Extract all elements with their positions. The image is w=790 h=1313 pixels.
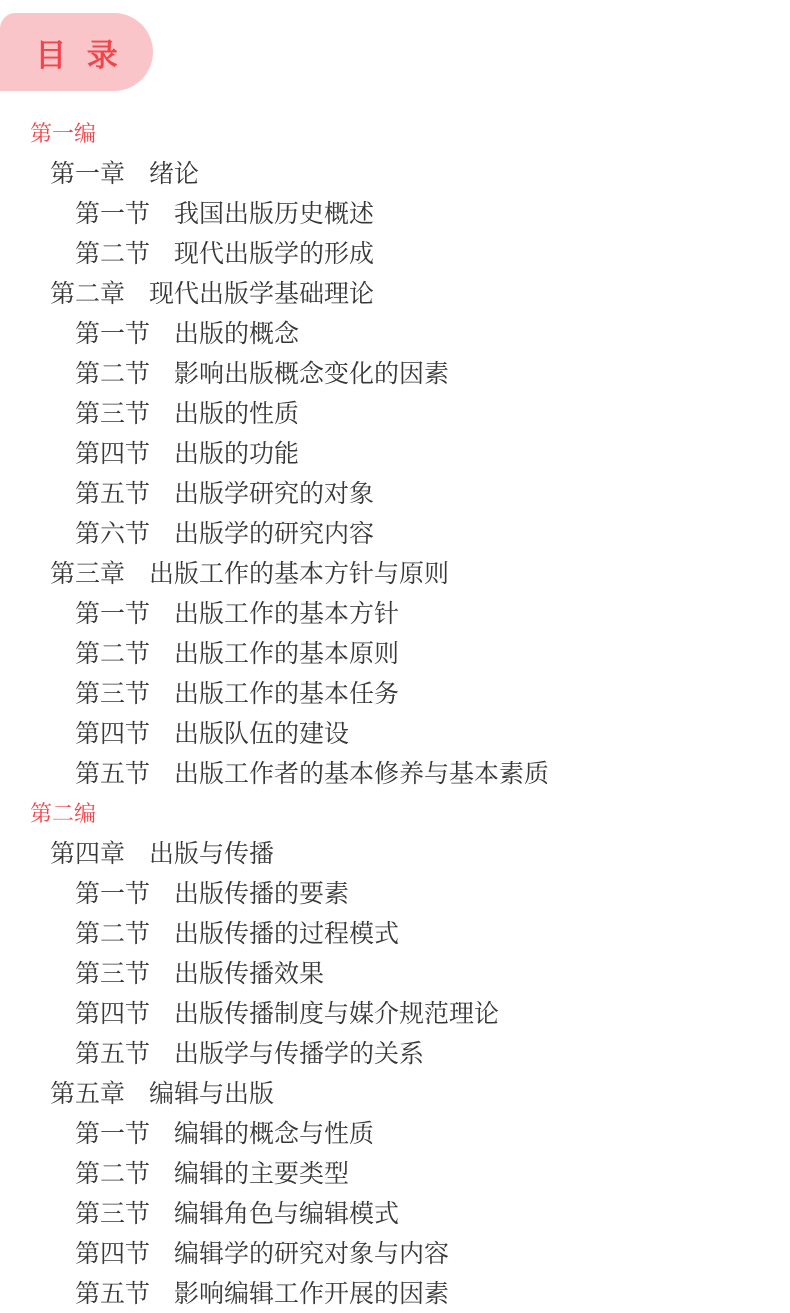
toc-title-badge: 目 录 <box>0 13 153 91</box>
toc-item-title: 影响出版概念变化的因素 <box>174 354 449 390</box>
toc-item-section[interactable]: 第三节 出版的性质 <box>0 392 790 432</box>
toc-item-section[interactable]: 第五节 出版工作者的基本修养与基本素质 <box>0 752 790 792</box>
toc-item-section[interactable]: 第五节 出版学研究的对象 <box>0 472 790 512</box>
toc-item-section[interactable]: 第六节 出版学的研究内容 <box>0 512 790 552</box>
toc-item-title: 出版学研究的对象 <box>174 474 374 510</box>
toc-item-title: 出版传播效果 <box>174 954 324 990</box>
toc-item-section[interactable]: 第三节 出版工作的基本任务 <box>0 672 790 712</box>
toc-item-number: 第四节 <box>75 434 150 470</box>
toc-item-title: 现代出版学的形成 <box>174 234 374 270</box>
toc-item-section[interactable]: 第四节 出版传播制度与媒介规范理论 <box>0 992 790 1032</box>
toc-item-title: 出版的性质 <box>174 394 299 430</box>
toc-item-number: 第二节 <box>75 914 150 950</box>
toc-item-title: 影响编辑工作开展的因素 <box>174 1274 449 1310</box>
toc-item-number: 第一章 <box>50 154 125 190</box>
toc-item-number: 第一节 <box>75 874 150 910</box>
toc-item-section[interactable]: 第二节 编辑的主要类型 <box>0 1152 790 1192</box>
toc-item-number: 第六节 <box>75 514 150 550</box>
toc-item-section[interactable]: 第五节 影响编辑工作开展的因素 <box>0 1272 790 1312</box>
toc-item-section[interactable]: 第二节 出版工作的基本原则 <box>0 632 790 672</box>
toc-item-number: 第五节 <box>75 1034 150 1070</box>
toc-item-number: 第二编 <box>30 797 96 828</box>
toc-item-section[interactable]: 第二节 影响出版概念变化的因素 <box>0 352 790 392</box>
toc-item-number: 第二章 <box>50 274 125 310</box>
toc-item-title: 出版工作的基本方针与原则 <box>149 554 449 590</box>
toc-item-title: 出版的功能 <box>174 434 299 470</box>
page-title: 目 录 <box>29 30 124 75</box>
toc-item-title: 现代出版学基础理论 <box>149 274 374 310</box>
toc-item-section[interactable]: 第四节 编辑学的研究对象与内容 <box>0 1232 790 1272</box>
toc-item-title: 出版的概念 <box>174 314 299 350</box>
toc-item-number: 第二节 <box>75 634 150 670</box>
toc-item-section[interactable]: 第一节 我国出版历史概述 <box>0 192 790 232</box>
toc-item-section[interactable]: 第四节 出版队伍的建设 <box>0 712 790 752</box>
toc-item-title: 出版工作的基本原则 <box>174 634 399 670</box>
toc-list: 第一编 第一章 绪论 第一节 我国出版历史概述 第二节 现代出版学的形成 第二章… <box>0 112 790 1312</box>
toc-item-part[interactable]: 第二编 <box>0 792 790 832</box>
toc-item-number: 第三节 <box>75 1194 150 1230</box>
toc-item-title: 出版工作者的基本修养与基本素质 <box>174 754 549 790</box>
toc-item-section[interactable]: 第一节 出版传播的要素 <box>0 872 790 912</box>
toc-item-number: 第四节 <box>75 994 150 1030</box>
toc-item-section[interactable]: 第五节 出版学与传播学的关系 <box>0 1032 790 1072</box>
toc-item-number: 第五章 <box>50 1074 125 1110</box>
toc-item-title: 编辑的概念与性质 <box>174 1114 374 1150</box>
toc-item-number: 第一节 <box>75 594 150 630</box>
toc-item-number: 第二节 <box>75 354 150 390</box>
toc-item-title: 绪论 <box>149 154 199 190</box>
toc-item-section[interactable]: 第二节 现代出版学的形成 <box>0 232 790 272</box>
toc-item-title: 编辑的主要类型 <box>174 1154 349 1190</box>
toc-item-title: 编辑与出版 <box>149 1074 274 1110</box>
toc-item-title: 出版工作的基本任务 <box>174 674 399 710</box>
toc-item-section[interactable]: 第二节 出版传播的过程模式 <box>0 912 790 952</box>
toc-item-title: 出版与传播 <box>149 834 274 870</box>
toc-item-title: 编辑学的研究对象与内容 <box>174 1234 449 1270</box>
toc-item-number: 第一编 <box>30 117 96 148</box>
toc-item-section[interactable]: 第四节 出版的功能 <box>0 432 790 472</box>
toc-item-title: 出版传播的过程模式 <box>174 914 399 950</box>
toc-item-section[interactable]: 第一节 编辑的概念与性质 <box>0 1112 790 1152</box>
toc-item-number: 第五节 <box>75 474 150 510</box>
toc-item-number: 第四节 <box>75 714 150 750</box>
toc-item-chapter[interactable]: 第五章 编辑与出版 <box>0 1072 790 1112</box>
toc-item-number: 第二节 <box>75 234 150 270</box>
toc-item-number: 第四章 <box>50 834 125 870</box>
toc-item-title: 编辑角色与编辑模式 <box>174 1194 399 1230</box>
toc-item-title: 出版传播的要素 <box>174 874 349 910</box>
toc-item-chapter[interactable]: 第四章 出版与传播 <box>0 832 790 872</box>
toc-item-number: 第三节 <box>75 954 150 990</box>
toc-item-number: 第一节 <box>75 194 150 230</box>
toc-item-section[interactable]: 第三节 出版传播效果 <box>0 952 790 992</box>
toc-item-number: 第三章 <box>50 554 125 590</box>
toc-item-number: 第二节 <box>75 1154 150 1190</box>
toc-item-title: 出版传播制度与媒介规范理论 <box>174 994 499 1030</box>
toc-item-chapter[interactable]: 第三章 出版工作的基本方针与原则 <box>0 552 790 592</box>
toc-item-chapter[interactable]: 第一章 绪论 <box>0 152 790 192</box>
toc-item-section[interactable]: 第一节 出版工作的基本方针 <box>0 592 790 632</box>
toc-item-number: 第一节 <box>75 1114 150 1150</box>
toc-item-section[interactable]: 第三节 编辑角色与编辑模式 <box>0 1192 790 1232</box>
toc-page: 目 录 第一编 第一章 绪论 第一节 我国出版历史概述 第二节 现代出版学的形成… <box>0 0 790 1313</box>
toc-item-number: 第三节 <box>75 394 150 430</box>
toc-item-title: 我国出版历史概述 <box>174 194 374 230</box>
toc-item-title: 出版学的研究内容 <box>174 514 374 550</box>
toc-item-number: 第五节 <box>75 1274 150 1310</box>
toc-item-part[interactable]: 第一编 <box>0 112 790 152</box>
toc-item-title: 出版队伍的建设 <box>174 714 349 750</box>
toc-item-chapter[interactable]: 第二章 现代出版学基础理论 <box>0 272 790 312</box>
toc-item-number: 第三节 <box>75 674 150 710</box>
toc-item-title: 出版学与传播学的关系 <box>174 1034 424 1070</box>
toc-item-section[interactable]: 第一节 出版的概念 <box>0 312 790 352</box>
toc-item-number: 第五节 <box>75 754 150 790</box>
toc-item-number: 第四节 <box>75 1234 150 1270</box>
toc-item-number: 第一节 <box>75 314 150 350</box>
toc-item-title: 出版工作的基本方针 <box>174 594 399 630</box>
